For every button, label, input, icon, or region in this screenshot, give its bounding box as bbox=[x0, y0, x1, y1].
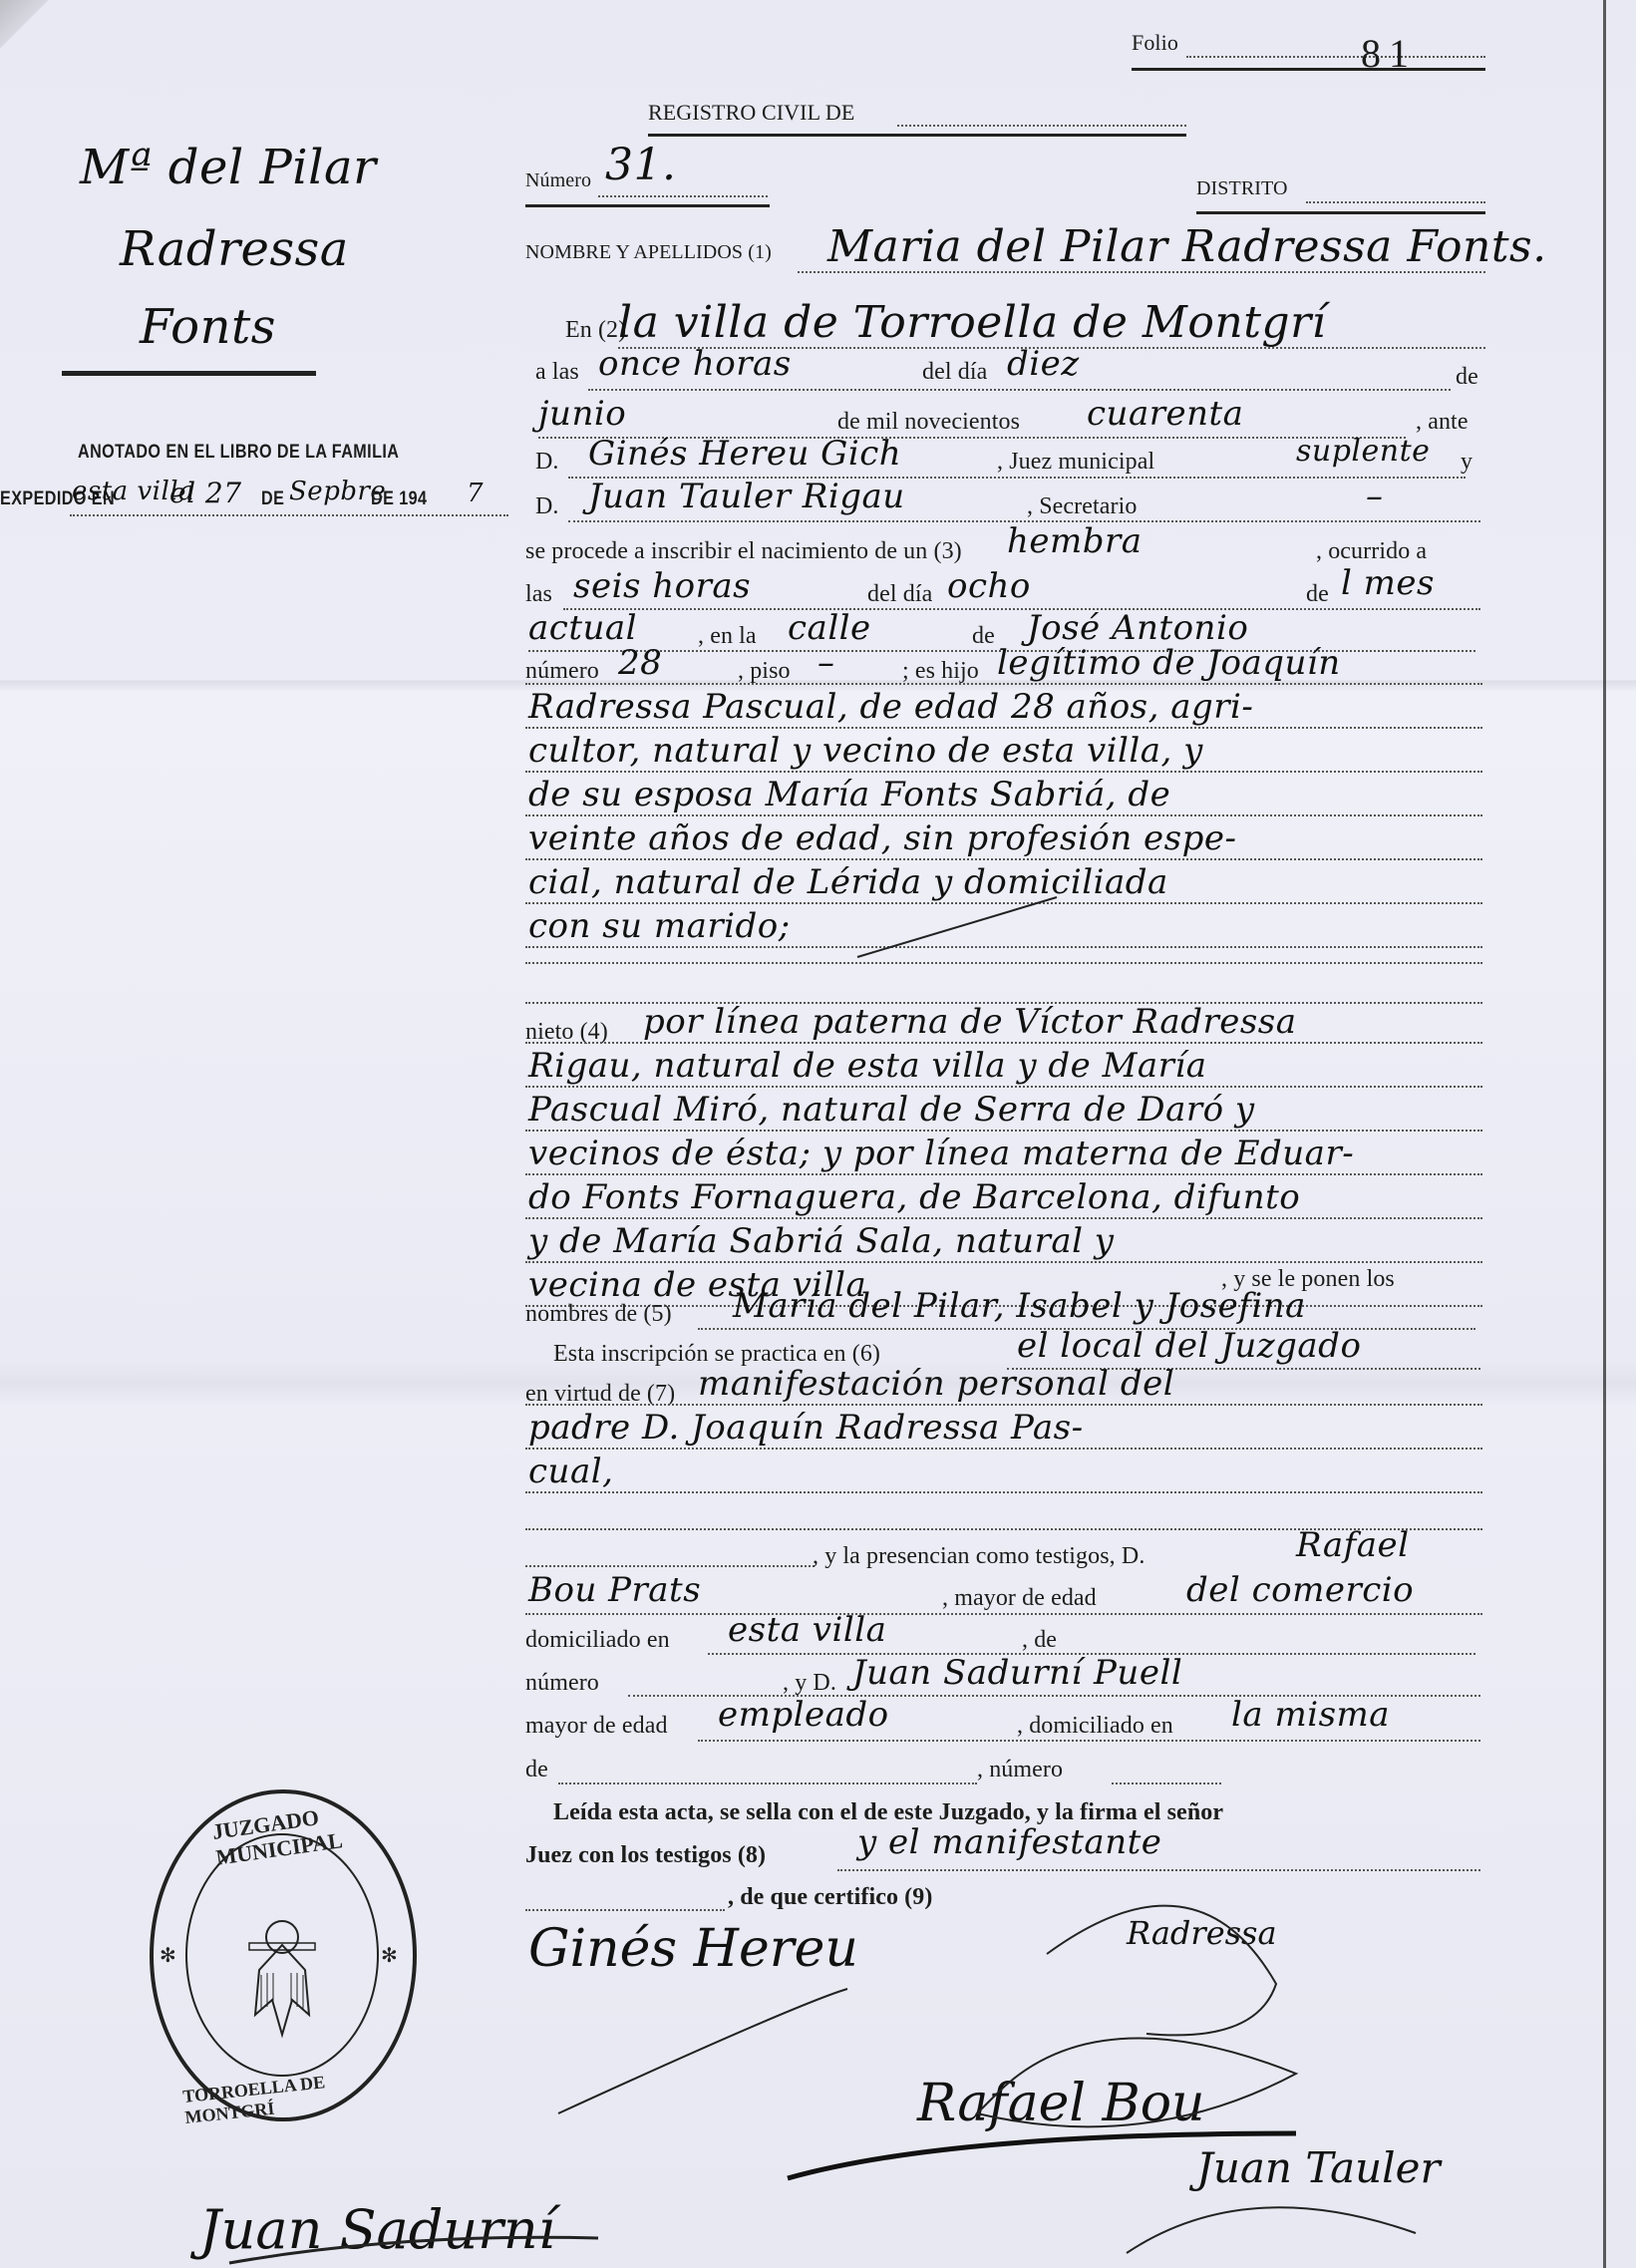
document-page: Folio 81 REGISTRO CIVIL DE Número 31. DI… bbox=[0, 0, 1636, 2268]
signature-flourishes bbox=[0, 0, 1636, 2268]
